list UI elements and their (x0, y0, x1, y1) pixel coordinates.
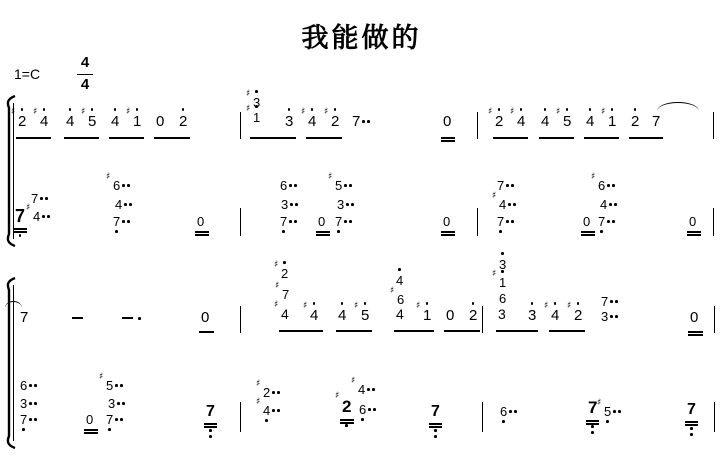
duration-dot (34, 402, 37, 405)
octave-dot-above (589, 108, 592, 111)
note-glyph: 5♯ (563, 114, 571, 129)
sharp-icon: ♯ (99, 373, 103, 382)
duration-dot (34, 418, 37, 421)
note-beam (441, 234, 455, 236)
note-beam (199, 331, 214, 333)
octave-dot-above (498, 108, 501, 111)
octave-dot-above (69, 108, 72, 111)
duration-dot (511, 184, 514, 187)
duration-dot (122, 220, 125, 223)
duration-dot (615, 300, 618, 303)
note-beam (16, 137, 51, 139)
duration-dot (120, 384, 123, 387)
note-beam (496, 330, 538, 332)
octave-dot-above (520, 108, 523, 111)
duration-dot (508, 203, 511, 206)
octave-dot-above (136, 108, 139, 111)
note-beam (687, 234, 701, 236)
note-glyph: 6 (499, 292, 506, 305)
sharp-icon: ♯ (510, 108, 514, 117)
rest-glyph: 0 (583, 215, 590, 228)
octave-dot-above (611, 108, 614, 111)
note-glyph: 7 (20, 413, 27, 426)
note-glyph: 6 (20, 379, 27, 392)
duration-dot (514, 410, 517, 413)
duration-dot (615, 315, 618, 318)
sharp-icon: ♯ (303, 302, 307, 311)
barline (713, 112, 714, 139)
octave-dot-above (501, 270, 504, 273)
note-beam (581, 234, 595, 236)
sharp-icon: ♯ (33, 108, 37, 117)
octave-dot-above (311, 108, 314, 111)
octave-dot-below (502, 420, 505, 423)
note-glyph: 2♯ (263, 386, 270, 399)
note-glyph: 7 (31, 192, 38, 205)
octave-dot-below (591, 431, 594, 434)
note-glyph: 7 (15, 207, 25, 225)
note-glyph: 1♯ (253, 111, 260, 124)
note-beam (340, 419, 354, 421)
octave-dot-below (690, 427, 693, 430)
rest-glyph: 0 (197, 215, 204, 228)
duration-dot (372, 388, 375, 391)
duration-dot (362, 120, 365, 123)
note-glyph: 4 (396, 307, 404, 321)
note-beam (586, 420, 599, 422)
duration-dot (115, 418, 118, 421)
barline (482, 402, 483, 432)
note-beam (539, 137, 574, 139)
note-glyph: 5♯ (335, 179, 342, 192)
note-glyph: 7♯ (282, 288, 289, 301)
octave-dot-above (364, 302, 367, 305)
note-glyph: 2 (469, 308, 477, 323)
duration-dot (610, 315, 613, 318)
rest-glyph: 0 (201, 310, 209, 325)
note-beam (279, 330, 323, 332)
duration-dot (607, 184, 610, 187)
note-glyph: 3 (285, 114, 293, 129)
octave-dot-above (554, 302, 557, 305)
duration-dot (272, 391, 275, 394)
note-glyph: 2♯ (281, 267, 288, 280)
note-glyph: 4 (338, 308, 346, 323)
note-beam (429, 423, 442, 425)
note-glyph: 2♯ (18, 114, 26, 129)
score-page: 我能做的 1=C 4 4 2♯4♯45♯41♯023♯1♯34♯2♯702♯4♯… (0, 0, 723, 463)
sharp-icon: ♯ (492, 192, 496, 201)
note-glyph: 4 (541, 114, 549, 129)
duration-dash (72, 317, 83, 319)
note-beam (688, 331, 703, 333)
octave-dot-below (606, 420, 609, 423)
note-glyph: 4♯ (263, 404, 270, 417)
sharp-icon: ♯ (301, 108, 305, 117)
duration-dot (124, 203, 127, 206)
note-glyph: 7 (601, 295, 608, 308)
duration-dot (613, 410, 616, 413)
note-beam (441, 137, 455, 139)
barline (240, 402, 241, 432)
duration-dot (272, 409, 275, 412)
note-beam (250, 137, 296, 139)
duration-dot (290, 203, 293, 206)
octave-dot-above (501, 252, 504, 255)
note-glyph: 2♯ (331, 114, 339, 129)
duration-dot (614, 203, 617, 206)
octave-dot-above (288, 108, 291, 111)
sharp-icon: ♯ (544, 302, 548, 311)
note-glyph: 4 (586, 114, 594, 129)
note-glyph: 7 (280, 215, 287, 228)
song-title: 我能做的 (0, 16, 723, 55)
duration-dot (513, 203, 516, 206)
sharp-icon: ♯ (246, 105, 250, 114)
sharp-icon: ♯ (26, 204, 30, 213)
note-glyph: 5♯ (604, 405, 611, 418)
duration-dot (45, 197, 48, 200)
note-beam (14, 231, 27, 233)
note-glyph: 3 (601, 310, 608, 323)
note-beam (441, 231, 455, 233)
note-beam (14, 228, 27, 230)
duration-dot (120, 418, 123, 421)
barline (477, 208, 478, 236)
note-beam (493, 137, 528, 139)
duration-dot (344, 220, 347, 223)
octave-dot-below (600, 230, 603, 233)
note-glyph: 4♯ (310, 308, 318, 323)
note-beam (685, 424, 698, 426)
note-beam (581, 231, 595, 233)
octave-dot-above (472, 302, 475, 305)
note-beam (629, 137, 663, 139)
note-glyph: 4♯ (358, 383, 365, 396)
note-glyph: 7 (497, 179, 504, 192)
duration-dot (344, 184, 347, 187)
note-glyph: 6 (500, 405, 507, 418)
note-glyph: 4♯ (551, 308, 559, 323)
duration-dot (127, 220, 130, 223)
note-beam (340, 422, 354, 424)
time-signature-bar (77, 74, 93, 76)
sharp-icon: ♯ (597, 399, 601, 408)
duration-dot (122, 184, 125, 187)
note-glyph: 7 (20, 310, 28, 325)
sharp-icon: ♯ (354, 302, 358, 311)
octave-dot-above (313, 302, 316, 305)
octave-dot-below (361, 418, 364, 421)
duration-dot (346, 203, 349, 206)
note-beam (316, 231, 330, 233)
note-beam (204, 426, 217, 428)
note-beam (195, 234, 209, 236)
note-glyph: 2 (179, 114, 187, 129)
octave-dot-below (22, 428, 25, 431)
note-beam (109, 137, 144, 139)
note-glyph: 4 (66, 114, 74, 129)
note-glyph: 4 (600, 198, 607, 211)
note-beam (685, 421, 698, 423)
duration-dot (122, 402, 125, 405)
note-glyph: 1♯ (608, 114, 616, 129)
duration-dot (506, 220, 509, 223)
duration-dot (609, 203, 612, 206)
tie-arc (5, 301, 22, 308)
sharp-icon: ♯ (567, 302, 571, 311)
sharp-icon: ♯ (246, 90, 250, 99)
sharp-icon: ♯ (328, 173, 332, 182)
octave-dot-below (434, 435, 437, 438)
octave-dot-below (19, 234, 22, 237)
rest-glyph: 0 (156, 114, 164, 129)
octave-dot-below (209, 429, 212, 432)
duration-dot (277, 391, 280, 394)
barline (714, 306, 715, 333)
octave-dot-above (341, 302, 344, 305)
duration-dot (349, 220, 352, 223)
sharp-icon: ♯ (274, 301, 278, 310)
sharp-icon: ♯ (256, 398, 260, 407)
note-glyph: 5♯ (88, 114, 96, 129)
note-glyph: 6♯ (397, 293, 404, 306)
sharp-icon: ♯ (274, 261, 278, 270)
note-beam (195, 231, 209, 233)
note-beam (394, 330, 434, 332)
note-glyph: 7 (497, 215, 504, 228)
octave-dot-above (114, 108, 117, 111)
rest-glyph: 0 (318, 215, 325, 228)
note-glyph: 3 (528, 308, 536, 323)
note-glyph: 4 (111, 114, 119, 129)
note-beam (64, 137, 99, 139)
note-glyph: 7 (335, 215, 342, 228)
note-beam (154, 137, 190, 139)
note-glyph: 2♯ (574, 308, 582, 323)
duration-dot (351, 203, 354, 206)
note-glyph: 4♯ (499, 198, 506, 211)
duration-dot (295, 203, 298, 206)
time-signature-numerator: 4 (72, 54, 98, 73)
note-glyph: 7 (652, 114, 660, 129)
octave-dot-below (499, 230, 502, 233)
duration-dot (294, 220, 297, 223)
octave-dot-below (108, 428, 111, 431)
octave-dot-below (282, 230, 285, 233)
barline (482, 306, 483, 333)
key-signature: 1=C (14, 66, 40, 82)
duration-dot (127, 184, 130, 187)
rest-glyph: 0 (446, 308, 454, 323)
sharp-icon: ♯ (11, 108, 15, 117)
sharp-icon: ♯ (351, 377, 355, 386)
note-glyph: 4♯ (517, 114, 525, 129)
duration-dot (115, 384, 118, 387)
duration-dot (289, 184, 292, 187)
duration-dot (610, 300, 613, 303)
note-beam (688, 334, 703, 336)
duration-dot (367, 120, 370, 123)
note-glyph: 5♯ (361, 308, 369, 323)
note-glyph: 7 (431, 404, 440, 420)
duration-dot (618, 410, 621, 413)
octave-dot-above (182, 108, 185, 111)
duration-dot (29, 384, 32, 387)
duration-dot (138, 317, 141, 320)
note-glyph: 6 (280, 179, 287, 192)
note-glyph: 3 (108, 397, 115, 410)
note-glyph: 4♯ (40, 114, 48, 129)
note-glyph: 7 (598, 215, 605, 228)
barline (240, 208, 241, 236)
duration-dot (129, 203, 132, 206)
note-glyph: 6♯ (113, 179, 120, 192)
octave-dot-above (566, 108, 569, 111)
rest-glyph: 0 (443, 114, 451, 129)
note-glyph: 3 (498, 307, 506, 321)
octave-dot-above (21, 108, 24, 111)
note-beam (549, 330, 585, 332)
duration-dot (29, 402, 32, 405)
note-beam (687, 231, 701, 233)
duration-dot (289, 220, 292, 223)
time-signature: 4 4 (72, 54, 98, 95)
octave-dot-above (577, 302, 580, 305)
duration-dot (34, 384, 37, 387)
sharp-icon: ♯ (256, 380, 260, 389)
note-beam (444, 330, 480, 332)
rest-glyph: 0 (690, 310, 698, 325)
note-glyph: 1♯ (423, 308, 431, 323)
duration-dot (294, 184, 297, 187)
octave-dot-above (91, 108, 94, 111)
note-glyph: 2♯ (495, 114, 503, 129)
note-beam (584, 137, 619, 139)
note-glyph: 3 (20, 397, 27, 410)
sharp-icon: ♯ (390, 287, 394, 296)
duration-dot (277, 409, 280, 412)
barline (713, 208, 714, 236)
duration-dash (122, 317, 133, 319)
octave-dot-below (337, 230, 340, 233)
duration-dot (373, 408, 376, 411)
note-glyph: 7 (352, 114, 360, 129)
octave-dot-above (398, 268, 401, 271)
note-beam (586, 423, 599, 425)
sharp-icon: ♯ (591, 173, 595, 182)
note-beam (441, 140, 455, 142)
note-glyph: 7 (206, 404, 215, 420)
duration-dot (42, 215, 45, 218)
rest-glyph: 0 (689, 215, 696, 228)
duration-dot (29, 418, 32, 421)
sharp-icon: ♯ (335, 392, 339, 401)
note-beam (306, 137, 342, 139)
note-glyph: 7 (106, 413, 113, 426)
time-signature-denominator: 4 (72, 76, 98, 95)
sharp-icon: ♯ (126, 108, 130, 117)
note-glyph: 4♯ (33, 210, 40, 223)
note-glyph: 4 (396, 274, 403, 287)
note-beam (429, 426, 442, 428)
note-glyph: 4 (115, 198, 122, 211)
note-glyph: 7 (113, 215, 120, 228)
barline (240, 112, 241, 139)
octave-dot-below (209, 435, 212, 438)
sharp-icon: ♯ (601, 108, 605, 117)
barline (477, 112, 478, 139)
duration-dot (509, 410, 512, 413)
note-beam (204, 423, 217, 425)
sharp-icon: ♯ (106, 173, 110, 182)
octave-dot-above (544, 108, 547, 111)
note-beam (84, 429, 98, 431)
duration-dot (506, 184, 509, 187)
octave-dot-above (634, 108, 637, 111)
octave-dot-above (334, 108, 337, 111)
octave-dot-below (434, 429, 437, 432)
duration-dot (117, 402, 120, 405)
duration-dot (612, 220, 615, 223)
tie-arc (657, 102, 699, 111)
note-glyph: 3 (337, 198, 344, 211)
sharp-icon: ♯ (556, 108, 560, 117)
octave-dot-below (591, 425, 594, 428)
sharp-icon: ♯ (81, 108, 85, 117)
octave-dot-below (690, 433, 693, 436)
duration-dot (511, 220, 514, 223)
note-beam (84, 432, 98, 434)
note-glyph: 1♯ (499, 276, 506, 289)
note-beam (316, 234, 330, 236)
octave-dot-below (345, 424, 348, 427)
sharp-icon: ♯ (492, 270, 496, 279)
octave-dot-above (255, 105, 258, 108)
octave-dot-above (426, 302, 429, 305)
duration-dot (607, 220, 610, 223)
note-glyph: 2♯ (342, 398, 351, 415)
barline (714, 402, 715, 432)
duration-dot (367, 388, 370, 391)
octave-dot-above (283, 261, 286, 264)
octave-dot-above (255, 90, 258, 93)
duration-dot (40, 197, 43, 200)
note-glyph: 6 (359, 403, 366, 416)
sharp-icon: ♯ (275, 282, 279, 291)
note-beam (336, 330, 372, 332)
note-glyph: 4♯ (281, 307, 289, 321)
octave-dot-below (115, 230, 118, 233)
note-glyph: 3 (281, 198, 288, 211)
octave-dot-below (265, 419, 268, 422)
barline (240, 306, 241, 333)
note-glyph: 5♯ (106, 379, 113, 392)
duration-dot (368, 408, 371, 411)
note-glyph: 1♯ (133, 114, 141, 129)
rest-glyph: 0 (443, 215, 450, 228)
note-glyph: 6♯ (598, 179, 605, 192)
sharp-icon: ♯ (324, 108, 328, 117)
octave-dot-above (43, 108, 46, 111)
note-glyph: 4♯ (308, 114, 316, 129)
note-glyph: 2 (631, 114, 639, 129)
note-glyph: 7 (687, 402, 696, 418)
octave-dot-above (531, 302, 534, 305)
rest-glyph: 0 (86, 413, 93, 426)
duration-dot (349, 184, 352, 187)
sharp-icon: ♯ (488, 108, 492, 117)
